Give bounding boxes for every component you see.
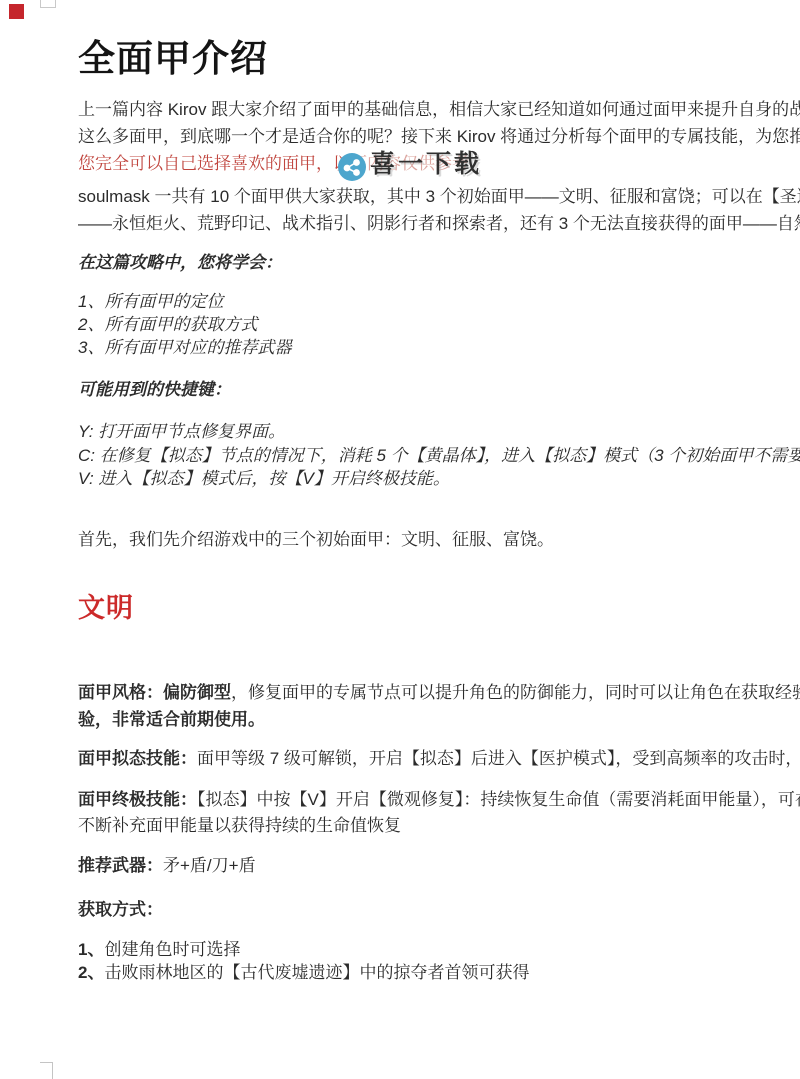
section-heading-wenming: 文明 bbox=[78, 592, 134, 626]
masks-line-1: soulmask 一共有 10 个面甲供大家获取，其中 3 个初始面甲——文明、… bbox=[78, 186, 800, 207]
masks-line-2: ——永恒炬火、荒野印记、战术指引、阴影行者和探索者，还有 3 个无法直接获得的面… bbox=[78, 213, 800, 234]
mask-style-line2-prefix: 验， bbox=[78, 710, 112, 729]
ultimate-skill-text: 【拟态】中按【V】开启【微观修复】：持续恢复生命值（需要消耗面甲能量），可在开启… bbox=[197, 790, 800, 809]
watermark: 喜一下载 bbox=[338, 143, 482, 181]
mask-style-type: 偏防御型 bbox=[163, 683, 231, 702]
hotkey-c: C: 在修复【拟态】节点的情况下，消耗 5 个【黄晶体】，进入【拟态】模式（3 … bbox=[78, 445, 800, 466]
red-marker-square bbox=[9, 4, 24, 19]
intro-red-text: 您完全可以自己选择喜欢的面甲，以 bbox=[78, 154, 350, 173]
document-page: { "page": { "title": "全面甲介绍", "intro": {… bbox=[0, 0, 800, 1079]
learn-item-3: 3、所有面甲对应的推荐武器 bbox=[78, 337, 291, 358]
learn-heading: 在这篇攻略中，您将学会： bbox=[78, 252, 282, 273]
page-corner-artifact-top bbox=[40, 0, 56, 8]
mask-style-label: 面甲风格： bbox=[78, 683, 163, 702]
learn-item-2: 2、所有面甲的获取方式 bbox=[78, 314, 257, 335]
mask-style-line-2: 验，非常适合前期使用。 bbox=[78, 709, 265, 730]
mask-style-text: ，修复面甲的专属节点可以提升角色的防御能力，同时可以让角色在获取经验时获得 bbox=[231, 683, 800, 702]
transition-sentence: 首先，我们先介绍游戏中的三个初始面甲：文明、征服、富饶。 bbox=[78, 529, 554, 550]
mask-style-line2-bold: 非常适合前期使用。 bbox=[112, 710, 265, 729]
weapon-line: 推荐武器：矛+盾/刀+盾 bbox=[78, 855, 256, 876]
obtain-heading: 获取方式： bbox=[78, 899, 163, 920]
intro-line-1: 上一篇内容 Kirov 跟大家介绍了面甲的基础信息，相信大家已经知道如何通过面甲… bbox=[78, 99, 800, 120]
hotkey-v: V: 进入【拟态】模式后，按【V】开启终极技能。 bbox=[78, 468, 450, 489]
weapon-label: 推荐武器： bbox=[78, 856, 163, 875]
obtain-item-1: 1、创建角色时可选择 bbox=[78, 939, 240, 960]
obtain-item-2-text: 击败雨林地区的【古代废墟遗迹】中的掠夺者首领可获得 bbox=[104, 963, 529, 982]
page-corner-artifact-bottom bbox=[40, 1062, 53, 1079]
hotkeys-heading: 可能用到的快捷键： bbox=[78, 379, 231, 400]
watermark-label: 喜一下载 bbox=[370, 144, 482, 180]
ultimate-skill-label: 面甲终极技能： bbox=[78, 790, 197, 809]
obtain-item-1-num: 1、 bbox=[78, 940, 104, 959]
mimic-skill-label: 面甲拟态技能： bbox=[78, 749, 197, 768]
ultimate-skill-line-2: 不断补充面甲能量以获得持续的生命值恢复 bbox=[78, 815, 401, 836]
learn-item-1: 1、所有面甲的定位 bbox=[78, 291, 223, 312]
mimic-skill-line: 面甲拟态技能：面甲等级 7 级可解锁，开启【拟态】后进入【医护模式】，受到高频率… bbox=[78, 748, 800, 769]
hotkey-y: Y: 打开面甲节点修复界面。 bbox=[78, 421, 285, 442]
weapon-text: 矛+盾/刀+盾 bbox=[163, 856, 256, 875]
mask-style-line-1: 面甲风格：偏防御型，修复面甲的专属节点可以提升角色的防御能力，同时可以让角色在获… bbox=[78, 682, 800, 703]
ultimate-skill-line-1: 面甲终极技能：【拟态】中按【V】开启【微观修复】：持续恢复生命值（需要消耗面甲能… bbox=[78, 789, 800, 810]
obtain-item-1-text: 创建角色时可选择 bbox=[104, 940, 240, 959]
share-icon bbox=[338, 153, 366, 181]
obtain-item-2: 2、击败雨林地区的【古代废墟遗迹】中的掠夺者首领可获得 bbox=[78, 962, 529, 983]
mimic-skill-text: 面甲等级 7 级可解锁，开启【拟态】后进入【医护模式】，受到高频率的攻击时，会恢… bbox=[197, 749, 800, 768]
obtain-item-2-num: 2、 bbox=[78, 963, 104, 982]
page-title: 全面甲介绍 bbox=[78, 36, 268, 82]
